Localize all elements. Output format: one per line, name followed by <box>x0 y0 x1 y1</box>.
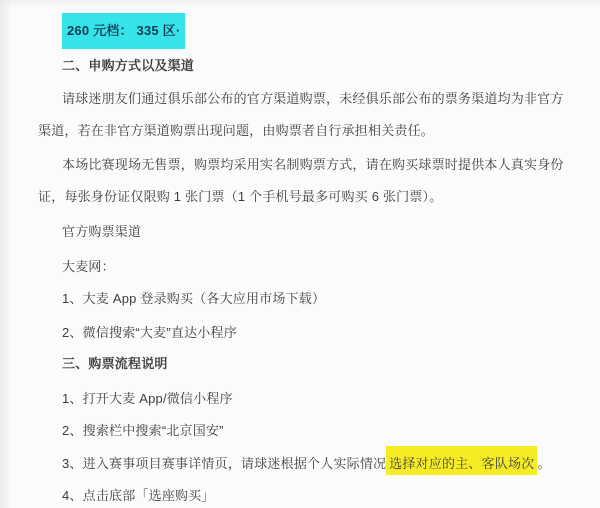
paragraph-1-line-2: 渠道，若在非官方渠道购票出现问题，由购票者自行承担相关责任。 <box>38 121 434 141</box>
section-2-heading: 二、申购方式以及渠道 <box>62 56 194 76</box>
purchase-step-3-period: 。 <box>537 456 550 471</box>
paragraph-2-line-1: 本场比赛现场无售票，购票均采用实名制购票方式，请在购买球票时提供本人真实身份 <box>62 155 564 175</box>
paragraph-1-line-1: 请球迷朋友们通过俱乐部公布的官方渠道购票，未经俱乐部公布的票务渠道均为非官方 <box>62 89 564 109</box>
channel-item-1: 1、大麦 App 登录购买（各大应用市场下载） <box>62 289 325 309</box>
purchase-step-2: 2、搜索栏中搜索“北京国安” <box>62 421 224 441</box>
section-3-heading: 三、购票流程说明 <box>62 354 168 374</box>
purchase-step-3: 3、进入赛事项目赛事详情页，请球迷根据个人实际情况选择对应的主、客队场次。 <box>62 454 551 474</box>
platform-label: 大麦网： <box>62 257 115 277</box>
document-page: 260 元档： 335 区· 二、申购方式以及渠道 请球迷朋友们通过俱乐部公布的… <box>0 0 600 508</box>
purchase-step-3-text: 3、进入赛事项目赛事详情页，请球迷根据个人实际情况 <box>62 456 386 471</box>
purchase-step-1: 1、打开大麦 App/微信小程序 <box>62 389 233 409</box>
purchase-step-3-yellow-highlight: 选择对应的主、客队场次 <box>386 446 537 475</box>
price-tier-cyan-highlight: 260 元档： 335 区· <box>62 13 185 49</box>
purchase-step-4: 4、点击底部「选座购买」 <box>62 486 215 506</box>
channel-item-2: 2、微信搜索“大麦”直达小程序 <box>62 323 237 343</box>
photo-edge-left <box>0 0 12 508</box>
paragraph-2-line-2: 证，每张身份证仅限购 1 张门票（1 个手机号最多可购买 6 张门票）。 <box>38 187 442 207</box>
official-channels-label: 官方购票渠道 <box>62 222 141 242</box>
price-tier-line: 260 元档： 335 区· <box>62 13 185 49</box>
photo-edge-top <box>0 0 600 8</box>
